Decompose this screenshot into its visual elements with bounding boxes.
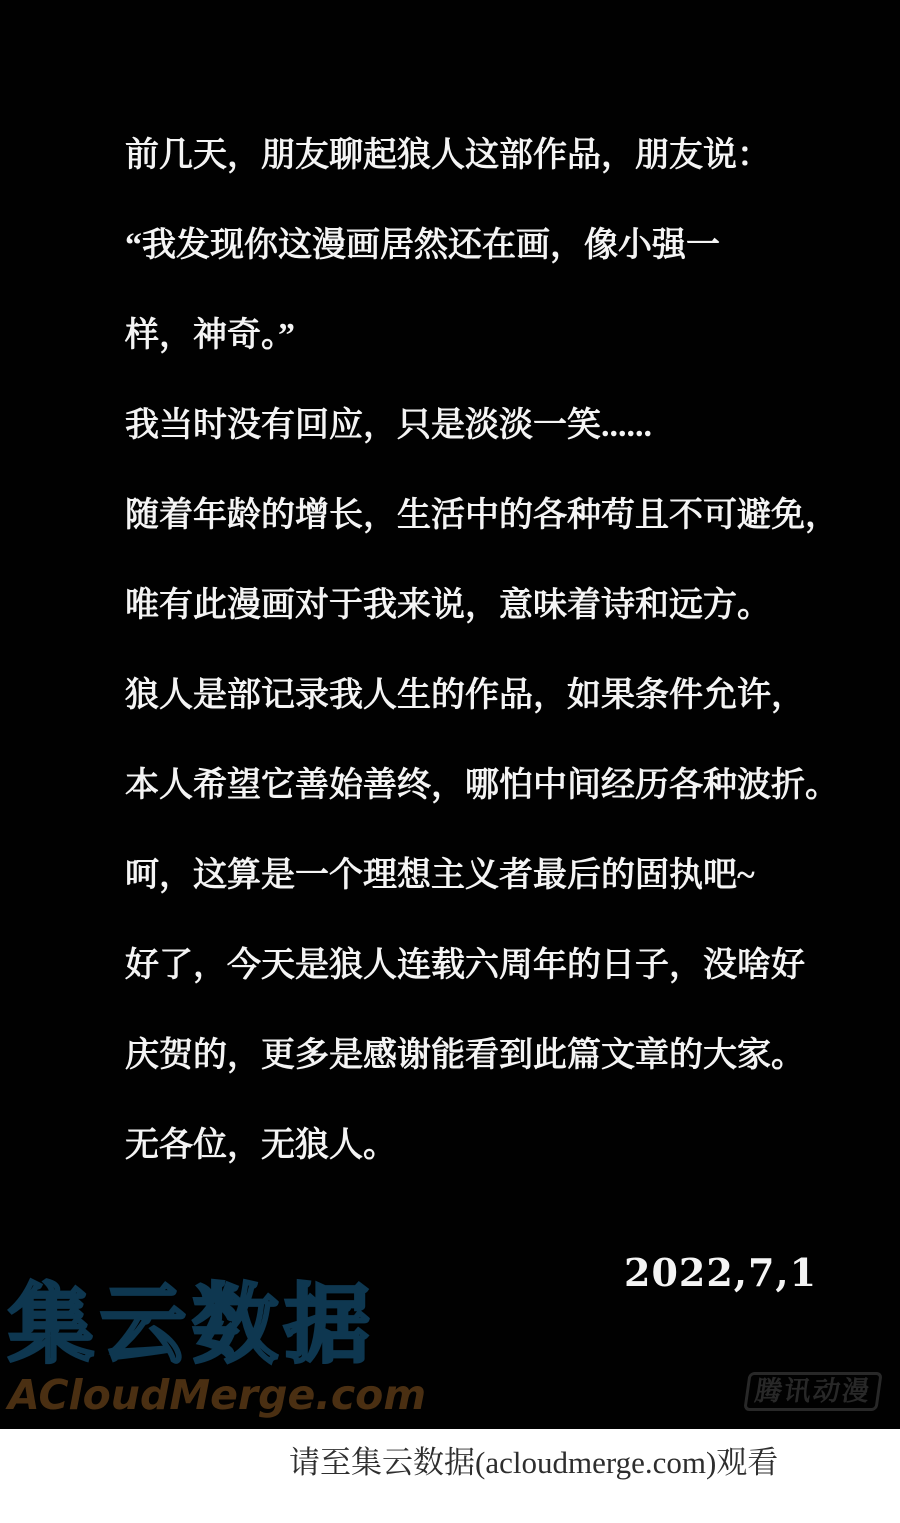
- essay-line: 呵，这算是一个理想主义者最后的固执吧~: [125, 858, 755, 894]
- watermark-site-domain: ACloudMerge.com: [8, 1374, 426, 1417]
- essay-line: 样，神奇。”: [125, 318, 295, 354]
- signature-date: 2022,7,1: [624, 1250, 817, 1295]
- essay-line: “我发现你这漫画居然还在画，像小强一: [125, 228, 720, 264]
- essay-line: 本人希望它善始善终，哪怕中间经历各种波折。: [125, 768, 839, 804]
- essay-line: 好了，今天是狼人连载六周年的日子，没啥好: [125, 948, 805, 984]
- essay-line: 狼人是部记录我人生的作品，如果条件允许，: [125, 678, 805, 714]
- watermark-site-name: 集云数据: [8, 1280, 376, 1370]
- essay-line: 前几天，朋友聊起狼人这部作品，朋友说：: [125, 138, 771, 174]
- essay-line: 唯有此漫画对于我来说，意味着诗和远方。: [125, 588, 771, 624]
- essay-line: 我当时没有回应，只是淡淡一笑......: [125, 408, 652, 444]
- comic-afterword-page: 前几天，朋友聊起狼人这部作品，朋友说： “我发现你这漫画居然还在画，像小强一 样…: [0, 0, 900, 1523]
- tencent-comics-logo: 腾讯动漫: [743, 1372, 882, 1411]
- essay-line: 庆贺的，更多是感谢能看到此篇文章的大家。: [125, 1038, 805, 1074]
- footer-strip: 请至集云数据(acloudmerge.com)观看: [0, 1429, 900, 1523]
- essay-line: 随着年龄的增长，生活中的各种苟且不可避免，: [125, 498, 839, 534]
- essay-line: 无各位，无狼人。: [125, 1128, 397, 1164]
- footer-notice: 请至集云数据(acloudmerge.com)观看: [289, 1437, 778, 1482]
